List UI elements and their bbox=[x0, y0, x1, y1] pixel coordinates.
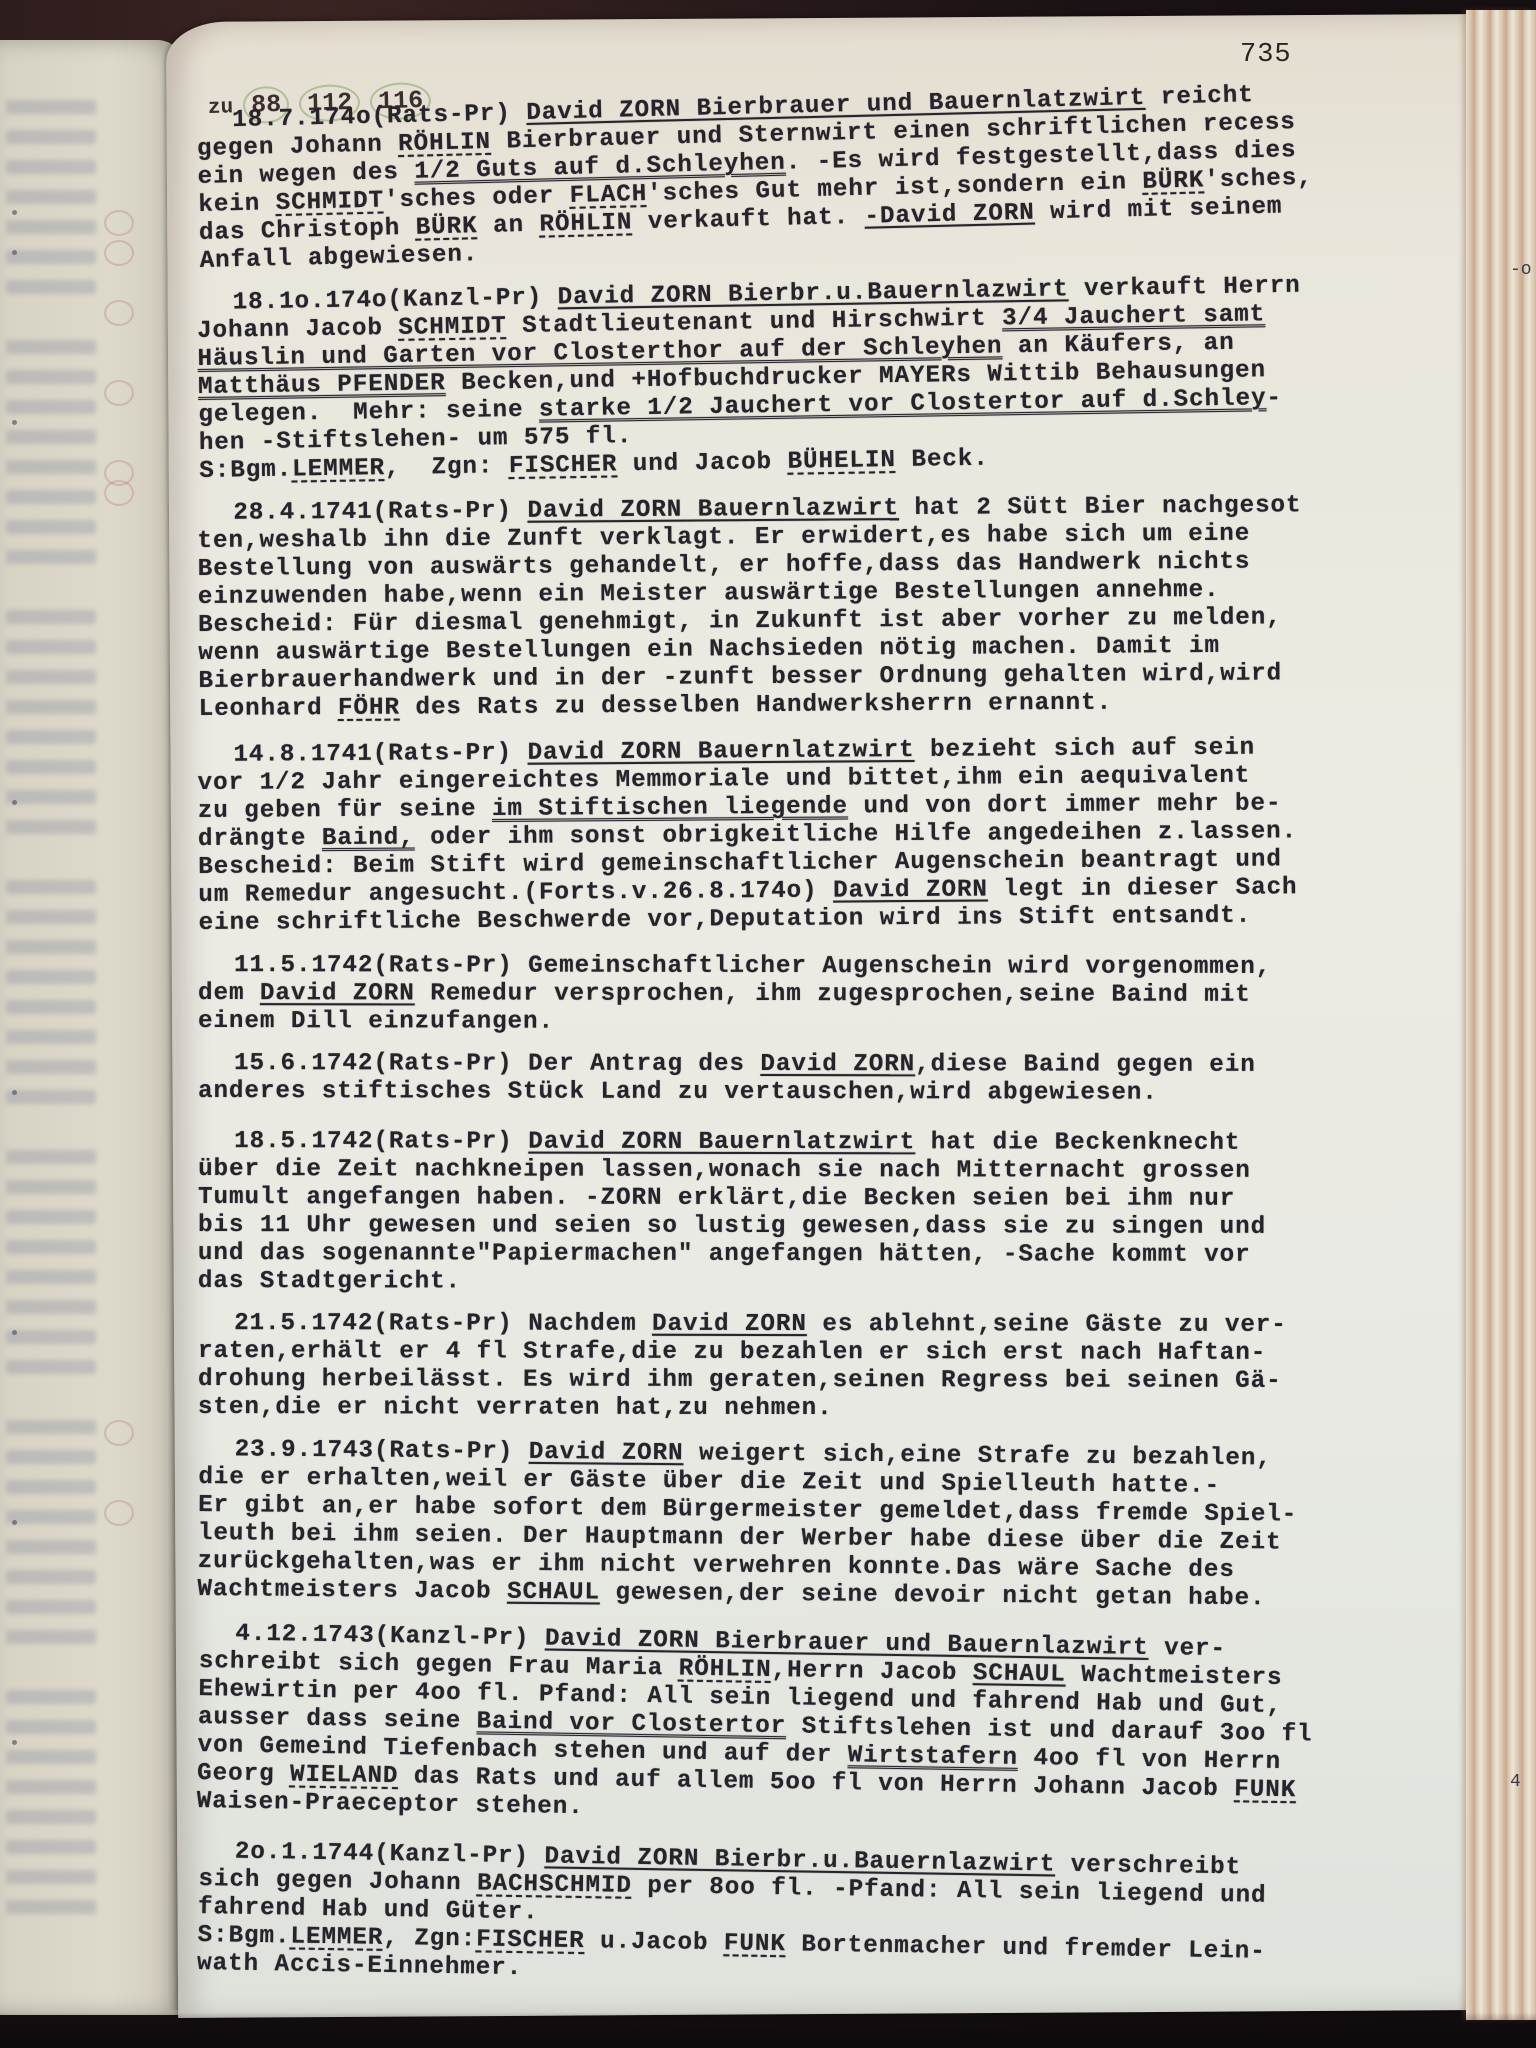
entry-heading-line: 15.6.1742(Rats-Pr) Der Antrag des David … bbox=[198, 1050, 1448, 1080]
show-through-text bbox=[6, 1090, 96, 1104]
show-through-text bbox=[6, 1840, 96, 1854]
show-through-text bbox=[6, 1330, 96, 1344]
entry-line: bis 11 Uhr gewesen und seien so lustig g… bbox=[198, 1212, 1448, 1242]
document-entry: 23.9.1743(Rats-Pr) David ZORN weigert si… bbox=[197, 1436, 1448, 1615]
show-through-text bbox=[6, 1870, 96, 1884]
show-through-text bbox=[6, 550, 96, 564]
document-entry: 4.12.1743(Kanzl-Pr) David ZORN Bierbraue… bbox=[196, 1620, 1449, 1836]
show-through-text bbox=[6, 1600, 96, 1614]
entry-line: sten,die er nicht verraten hat,zu nehmen… bbox=[198, 1394, 1448, 1424]
show-through-circle bbox=[104, 1420, 134, 1446]
show-through-text bbox=[6, 370, 96, 384]
entry-heading-line: 21.5.1742(Rats-Pr) Nachdem David ZORN es… bbox=[198, 1310, 1448, 1340]
edge-mark: -o bbox=[1510, 260, 1532, 280]
show-through-text bbox=[6, 250, 96, 264]
bottom-shadow bbox=[0, 2012, 1536, 2048]
show-through-text bbox=[6, 100, 96, 114]
show-through-text bbox=[6, 1780, 96, 1794]
show-through-text bbox=[6, 1240, 96, 1254]
show-through-dot bbox=[12, 1520, 17, 1525]
show-through-text bbox=[6, 700, 96, 714]
document-entry: 21.5.1742(Rats-Pr) Nachdem David ZORN es… bbox=[198, 1310, 1448, 1424]
show-through-text bbox=[6, 610, 96, 624]
show-through-text bbox=[6, 1150, 96, 1164]
show-through-circle bbox=[104, 1500, 134, 1526]
show-through-text bbox=[6, 1180, 96, 1194]
show-through-text bbox=[6, 760, 96, 774]
entry-line: das Stadtgericht. bbox=[198, 1268, 1448, 1298]
show-through-text bbox=[6, 1000, 96, 1014]
show-through-text bbox=[6, 1510, 96, 1524]
document-entry: 11.5.1742(Rats-Pr) Gemeinschaftlicher Au… bbox=[198, 952, 1448, 1038]
entry-line: über die Zeit nachkneipen lassen,wonach … bbox=[198, 1156, 1448, 1186]
show-through-text bbox=[6, 130, 96, 144]
entry-line: raten,erhält er 4 fl Strafe,die zu bezah… bbox=[198, 1338, 1448, 1368]
show-through-text bbox=[6, 280, 96, 294]
show-through-text bbox=[6, 970, 96, 984]
show-through-text bbox=[6, 820, 96, 834]
show-through-circle bbox=[104, 380, 134, 406]
show-through-circle bbox=[104, 300, 134, 326]
show-through-text bbox=[6, 340, 96, 354]
entry-line: Tumult angefangen haben. -ZORN erklärt,d… bbox=[198, 1184, 1448, 1214]
entry-heading-line: 18.5.1742(Rats-Pr) David ZORN Bauernlatz… bbox=[198, 1128, 1448, 1158]
show-through-circle bbox=[104, 240, 134, 266]
edge-mark: 4 bbox=[1510, 1772, 1521, 1792]
show-through-circle bbox=[104, 210, 134, 236]
show-through-text bbox=[6, 400, 96, 414]
show-through-text bbox=[6, 1570, 96, 1584]
show-through-text bbox=[6, 190, 96, 204]
show-through-text bbox=[6, 160, 96, 174]
document-entry: 15.6.1742(Rats-Pr) Der Antrag des David … bbox=[198, 1050, 1448, 1108]
show-through-text bbox=[6, 880, 96, 894]
entry-line: einem Dill einzufangen. bbox=[198, 1008, 1448, 1038]
show-through-dot bbox=[12, 1740, 17, 1745]
show-through-text bbox=[6, 1030, 96, 1044]
show-through-text bbox=[6, 1720, 96, 1734]
show-through-text bbox=[6, 730, 96, 744]
document-entry: 14.8.1741(Rats-Pr) David ZORN Bauernlatz… bbox=[197, 733, 1448, 938]
show-through-text bbox=[6, 1420, 96, 1434]
page-edges-stack: -o 4 bbox=[1466, 10, 1536, 2020]
show-through-text bbox=[6, 430, 96, 444]
show-through-text bbox=[6, 460, 96, 474]
show-through-text bbox=[6, 910, 96, 924]
show-through-dot bbox=[12, 1090, 17, 1095]
show-through-text bbox=[6, 940, 96, 954]
show-through-text bbox=[6, 640, 96, 654]
show-through-dot bbox=[12, 210, 17, 215]
left-facing-page bbox=[0, 40, 185, 2015]
document-entry: 2o.1.1744(Kanzl-Pr) David ZORN Bierbr.u.… bbox=[197, 1838, 1449, 1998]
entry-line: anderes stiftisches Stück Land zu vertau… bbox=[198, 1078, 1448, 1108]
show-through-text bbox=[6, 1360, 96, 1374]
entry-heading-line: 11.5.1742(Rats-Pr) Gemeinschaftlicher Au… bbox=[198, 952, 1448, 982]
show-through-text bbox=[6, 1060, 96, 1074]
document-entry: 18.7.174o(Rats-Pr) David ZORN Bierbrauer… bbox=[196, 77, 1450, 275]
show-through-dot bbox=[12, 420, 17, 425]
show-through-text bbox=[6, 1810, 96, 1824]
document-entry: 18.5.1742(Rats-Pr) David ZORN Bauernlatz… bbox=[198, 1128, 1448, 1298]
document-entry: 18.1o.174o(Kanzl-Pr) David ZORN Bierbr.u… bbox=[196, 270, 1449, 486]
show-through-circle bbox=[104, 480, 134, 506]
show-through-text bbox=[6, 1300, 96, 1314]
show-through-dot bbox=[12, 250, 17, 255]
show-through-text bbox=[6, 1900, 96, 1914]
entry-line: und das sogenannte"Papiermachen" angefan… bbox=[198, 1240, 1448, 1270]
show-through-text bbox=[6, 220, 96, 234]
show-through-text bbox=[6, 670, 96, 684]
show-through-text bbox=[6, 1210, 96, 1224]
show-through-text bbox=[6, 1450, 96, 1464]
show-through-text bbox=[6, 1480, 96, 1494]
show-through-text bbox=[6, 790, 96, 804]
show-through-text bbox=[6, 520, 96, 534]
show-through-dot bbox=[12, 800, 17, 805]
document-body: 18.7.174o(Rats-Pr) David ZORN Bierbrauer… bbox=[198, 108, 1448, 1992]
show-through-text bbox=[6, 1750, 96, 1764]
show-through-text bbox=[6, 1540, 96, 1554]
show-through-text bbox=[6, 1270, 96, 1284]
show-through-dot bbox=[12, 1330, 17, 1335]
show-through-text bbox=[6, 1690, 96, 1704]
show-through-text bbox=[6, 490, 96, 504]
document-entry: 28.4.1741(Rats-Pr) David ZORN Bauernlazw… bbox=[197, 491, 1449, 724]
entry-line: drohung herbeilässt. Es wird ihm geraten… bbox=[198, 1366, 1448, 1396]
page-number: 735 bbox=[1240, 40, 1292, 70]
show-through-text bbox=[6, 1630, 96, 1644]
entry-line: dem David ZORN Remedur versprochen, ihm … bbox=[198, 980, 1448, 1010]
